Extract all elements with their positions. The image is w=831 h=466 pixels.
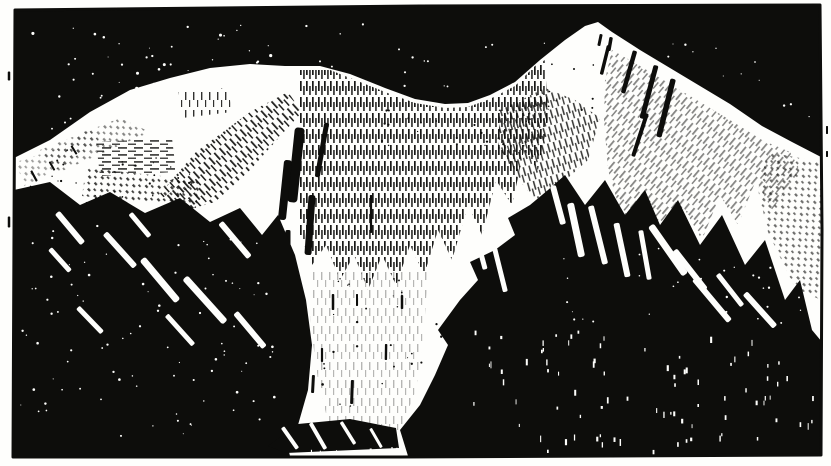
mountain-engraving-svg [0, 0, 831, 466]
scanned-book-page [0, 0, 831, 466]
engraving-figure [0, 0, 831, 466]
